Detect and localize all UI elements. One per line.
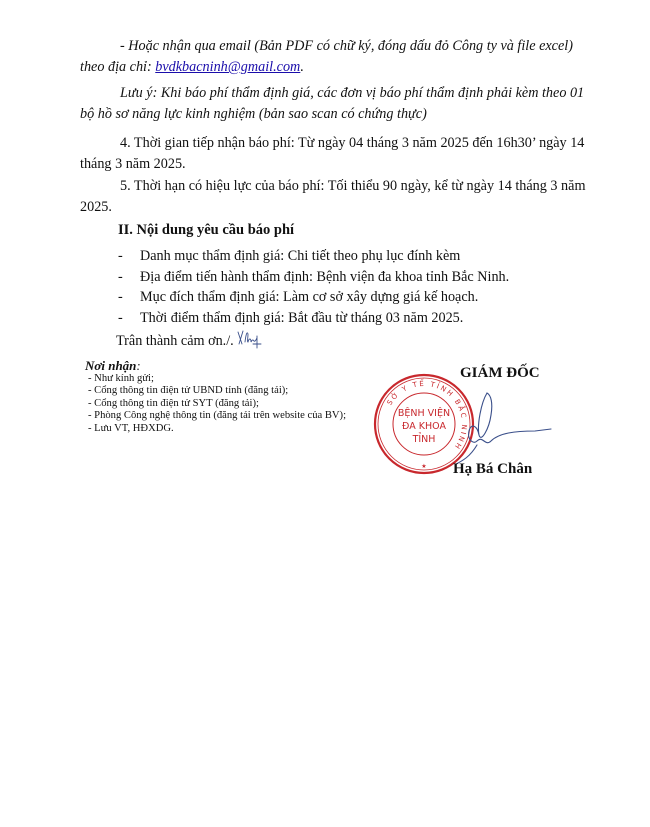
initials-signature-icon [236, 328, 262, 355]
svg-text:★: ★ [421, 463, 426, 470]
closing-thanks: Trân thành cảm ơn./. [116, 328, 262, 355]
section-2-bullet-list: -Danh mục thẩm định giá: Chi tiết theo p… [118, 246, 509, 328]
recipients-title-colon: : [136, 358, 140, 373]
recipient-item: - Như kính gửi; [85, 373, 346, 385]
svg-text:BỆNH VIỆN: BỆNH VIỆN [398, 407, 450, 419]
email-link[interactable]: bvdkbacninh@gmail.com [155, 59, 300, 75]
list-item: -Mục đích thẩm định giá: Làm cơ sở xây d… [118, 287, 509, 308]
recipients-title: Nơi nhận: [85, 358, 346, 373]
signer-name: Hạ Bá Chân [453, 461, 532, 478]
bullet-text: Mục đích thẩm định giá: Làm cơ sở xây dự… [140, 289, 478, 305]
recipient-item: - Cổng thông tin điện tử SYT (đăng tải); [85, 398, 346, 410]
section-2-heading: II. Nội dung yêu cầu báo phí [118, 222, 294, 239]
bullet-marker: - [118, 246, 140, 267]
recipient-item: - Cổng thông tin điện tử UBND tỉnh (đăng… [85, 385, 346, 397]
note-paragraph: Lưu ý: Khi báo phí thẩm định giá, các đơ… [80, 83, 590, 125]
svg-text:ĐA KHOA: ĐA KHOA [402, 421, 446, 432]
item-4-receipt-time: 4. Thời gian tiếp nhận báo phí: Từ ngày … [80, 133, 590, 175]
bullet-text: Địa điểm tiến hành thẩm định: Bệnh viện … [140, 269, 509, 285]
email-paragraph-suffix: . [300, 59, 304, 75]
thanks-text: Trân thành cảm ơn./. [116, 333, 234, 349]
bullet-text: Danh mục thẩm định giá: Chi tiết theo ph… [140, 248, 460, 264]
list-item: -Thời điểm thẩm định giá: Bắt đầu từ thá… [118, 308, 509, 329]
list-item: -Danh mục thẩm định giá: Chi tiết theo p… [118, 246, 509, 267]
list-item: -Địa điểm tiến hành thẩm định: Bệnh viện… [118, 267, 509, 288]
recipients-title-text: Nơi nhận [85, 358, 136, 373]
recipient-item: - Phòng Công nghệ thông tin (đăng tải tr… [85, 410, 346, 422]
bullet-marker: - [118, 287, 140, 308]
document-page: - Hoặc nhận qua email (Bản PDF có chữ ký… [0, 0, 650, 827]
bullet-text: Thời điểm thẩm định giá: Bắt đầu từ thán… [140, 310, 463, 326]
item-5-validity: 5. Thời hạn có hiệu lực của báo phí: Tối… [80, 176, 590, 218]
recipient-item: - Lưu VT, HĐXDG. [85, 423, 346, 435]
svg-text:TỈNH: TỈNH [412, 433, 436, 445]
email-paragraph-text: - Hoặc nhận qua email (Bản PDF có chữ ký… [80, 38, 573, 75]
recipients-block: Nơi nhận: - Như kính gửi; - Cổng thông t… [85, 358, 346, 435]
email-paragraph: - Hoặc nhận qua email (Bản PDF có chữ ký… [80, 36, 590, 78]
bullet-marker: - [118, 308, 140, 329]
bullet-marker: - [118, 267, 140, 288]
